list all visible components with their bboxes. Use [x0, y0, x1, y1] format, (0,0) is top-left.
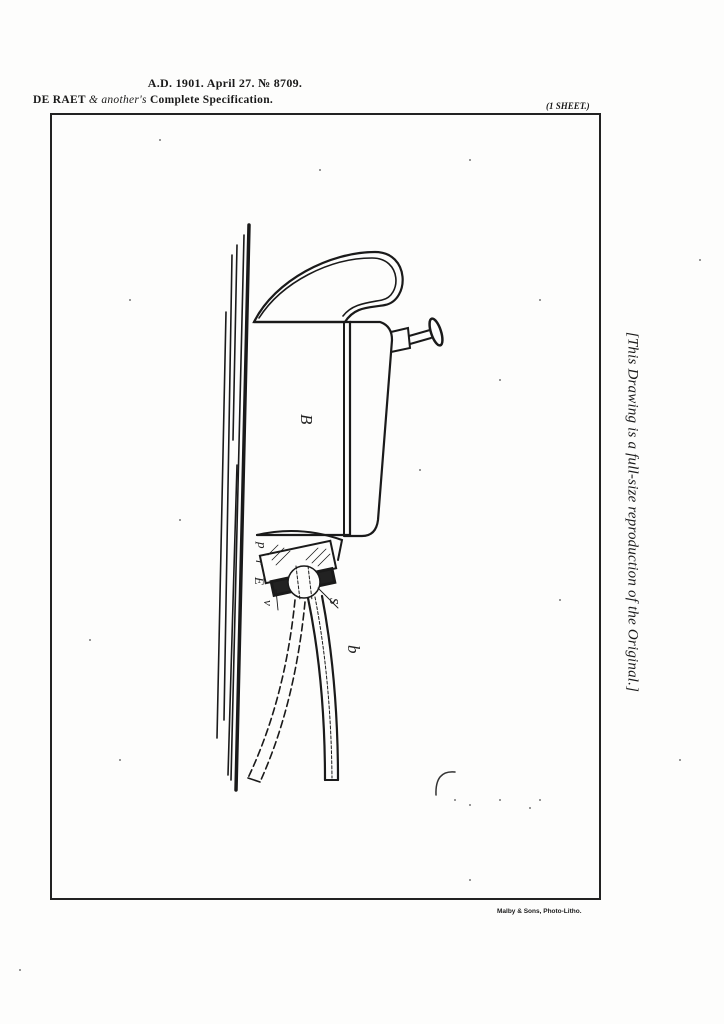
printer-credit: Malby & Sons, Photo-Litho.	[497, 908, 582, 915]
handle-loop-outer	[254, 252, 403, 322]
label-r: r	[253, 560, 268, 566]
label-body: B	[297, 414, 316, 425]
label-e: E	[252, 576, 267, 585]
label-v: v	[261, 600, 276, 606]
label-s: s	[326, 598, 345, 605]
adjustment-knob	[427, 317, 445, 347]
body-right-part	[344, 322, 392, 536]
reproduction-note: [This Drawing is a full-size reproductio…	[624, 332, 641, 692]
label-b: b	[344, 645, 363, 654]
label-p: p	[255, 541, 270, 549]
ball-joint	[288, 566, 320, 598]
body-left-part	[254, 322, 350, 535]
patent-drawing: B p r E v s b	[0, 0, 724, 1024]
